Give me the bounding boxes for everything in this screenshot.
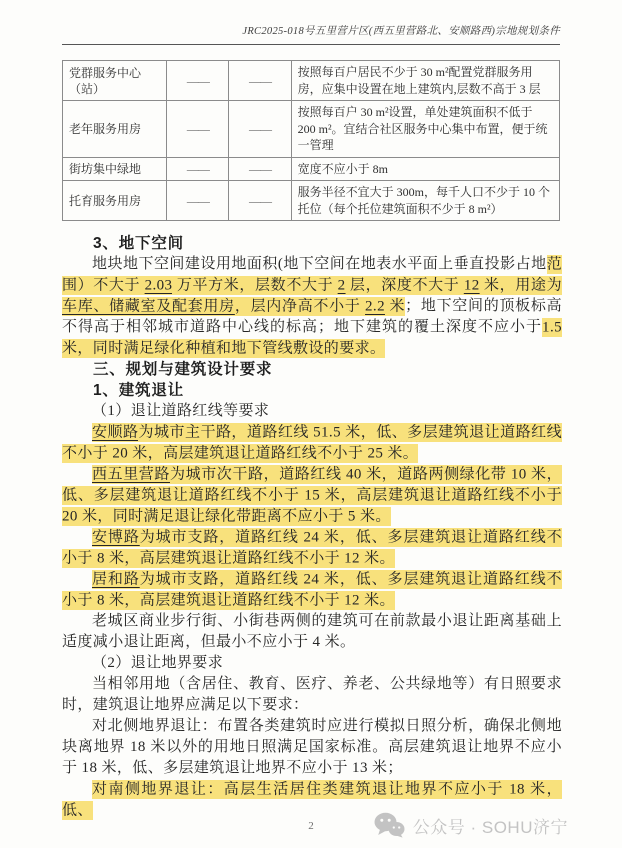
paragraph: （2）退让地界要求 [62, 653, 562, 674]
text-run: 老城区商业步行街、小街巷两侧的建筑可在前款最小退让距离基础上适度减小退让距离，但… [62, 613, 562, 650]
paragraph: 当相邻用地（含居住、教育、医疗、养老、公共绿地等）有日照要求时，建筑退让地界应满… [62, 674, 562, 716]
requirement-cell: 按照每百户居民不少于 30 m²配置党群服务用房，应集中设置在地上建筑内,层数不… [291, 61, 559, 101]
dash-cell: —— [229, 181, 291, 221]
underlined-text: 2 [338, 276, 346, 295]
underlined-text: 安博路 [92, 528, 140, 547]
text-run: （1）退让道路红线等要求 [92, 403, 269, 419]
highlighted-text: 万平方米，层数不大于 [172, 276, 337, 295]
paragraph: 老城区商业步行街、小街巷两侧的建筑可在前款最小退让距离基础上适度减小退让距离，但… [62, 611, 562, 653]
facility-name-cell: 街坊集中绿地 [63, 157, 167, 181]
requirement-cell: 服务半径不宜大于 300m，每千人口不少于 10 个托位（每个托位建筑面积不少于… [291, 181, 559, 221]
header-divider [62, 44, 560, 45]
facility-name-cell: 托育服务用房 [63, 181, 167, 221]
table-row: 托育服务用房————服务半径不宜大于 300m，每千人口不少于 10 个托位（每… [63, 181, 560, 221]
text-run: （2）退让地界要求 [92, 655, 223, 671]
dash-cell: —— [229, 157, 291, 181]
document-page: JRC2025-018号五里营片区(西五里营路北、安顺路西)宗地规划条件 党群服… [0, 0, 622, 848]
requirements-table-body: 党群服务中心（站）————按照每百户居民不少于 30 m²配置党群服务用房，应集… [63, 61, 560, 221]
text-run: 对北侧地界退让：布置各类建筑时应进行模拟日照分析，确保北侧地块离地界 18 米以… [62, 718, 562, 776]
section-heading: 3、地下空间 [62, 233, 562, 254]
table-row: 党群服务中心（站）————按照每百户居民不少于 30 m²配置党群服务用房，应集… [63, 61, 560, 101]
underlined-text: 12 [464, 276, 480, 295]
text-run: 当相邻用地（含居住、教育、医疗、养老、公共绿地等）有日照要求时，建筑退让地界应满… [62, 676, 562, 713]
underlined-text: 2.03 [145, 276, 173, 295]
dash-cell: —— [167, 157, 229, 181]
underlined-text: 居和路 [92, 570, 140, 589]
facility-name-cell: 党群服务中心（站） [63, 61, 167, 101]
paragraph: （1）退让道路红线等要求 [62, 401, 562, 422]
underlined-text: 2.2 [365, 297, 385, 316]
dash-cell: —— [229, 101, 291, 158]
dash-cell: —— [167, 101, 229, 158]
document-header-title: JRC2025-018号五里营片区(西五里营路北、安顺路西)宗地规划条件 [242, 23, 560, 38]
highlighted-text: 层，深度不大于 [346, 276, 464, 295]
requirements-table: 党群服务中心（站）————按照每百户居民不少于 30 m²配置党群服务用房，应集… [62, 60, 560, 221]
paragraph: 地块地下空间建设用地面积(地下空间在地表水平面上垂直投影占地范围）不大于 2.0… [62, 254, 562, 359]
highlighted-text: 米，用途为 [480, 276, 562, 295]
dash-cell: —— [167, 61, 229, 101]
text-run: 1、建筑退让 [93, 382, 184, 399]
underlined-text: 车库、储藏室及配套用房 [62, 297, 235, 316]
paragraph: 居和路为城市支路，道路红线 24 米，低、多层建筑退让道路红线不小于 8 米，高… [62, 569, 562, 611]
facility-name-cell: 老年服务用房 [63, 101, 167, 158]
section-heading: 1、建筑退让 [62, 380, 562, 401]
text-run: 三、规划与建筑设计要求 [93, 361, 272, 378]
watermark-text: 公众号 · SOHU济宁 [413, 813, 568, 838]
text-run: 3、地下空间 [93, 235, 184, 252]
underlined-text: 安顺路 [92, 423, 138, 442]
requirement-cell: 宽度不应小于 8m [291, 157, 559, 181]
table-row: 老年服务用房————按照每百户 30 m²设置，单处建筑面积不低于 200 m²… [63, 101, 560, 158]
dash-cell: —— [167, 181, 229, 221]
watermark: 公众号 · SOHU济宁 [374, 812, 568, 838]
dash-cell: —— [229, 61, 291, 101]
paragraph: 对北侧地界退让：布置各类建筑时应进行模拟日照分析，确保北侧地块离地界 18 米以… [62, 716, 562, 779]
highlighted-text: 米 [385, 297, 405, 316]
highlighted-text: ，层内净高不小于 [235, 297, 365, 316]
paragraph: 安博路为城市支路，道路红线 24 米，低、多层建筑退让道路红线不小于 8 米，高… [62, 527, 562, 569]
document-body: 3、地下空间地块地下空间建设用地面积(地下空间在地表水平面上垂直投影占地范围）不… [62, 233, 562, 821]
table-row: 街坊集中绿地————宽度不应小于 8m [63, 157, 560, 181]
paragraph: 西五里营路为城市次干路，道路红线 40 米，道路两侧绿化带 10 米，低、多层建… [62, 464, 562, 527]
wechat-icon [374, 812, 405, 838]
section-heading: 三、规划与建筑设计要求 [62, 359, 562, 380]
paragraph: 安顺路为城市主干路，道路红线 51.5 米，低、多层建筑退让道路红线不小于 20… [62, 422, 562, 464]
text-run: 地块地下空间建设用地面积(地下空间在地表水平面上垂直投影占地 [92, 256, 547, 272]
underlined-text: 西五里营路 [92, 465, 170, 484]
requirement-cell: 按照每百户 30 m²设置，单处建筑面积不低于 200 m²。宜结合社区服务中心… [291, 101, 559, 158]
